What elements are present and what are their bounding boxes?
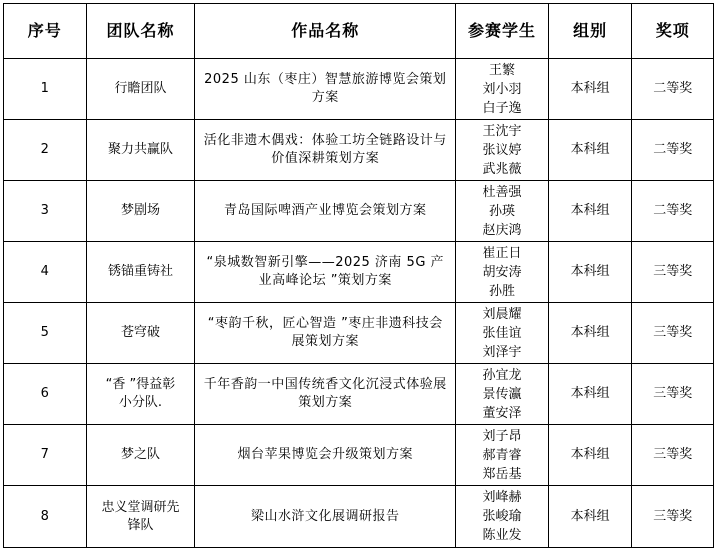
cell-students: 刘子昂 郝青睿 郑岳基 xyxy=(456,425,549,486)
header-students: 参赛学生 xyxy=(456,4,549,59)
table-row: 8 忠义堂调研先锋队 梁山水浒文化展调研报告 刘峰赫 张峻瑜 陈业发 本科组 三… xyxy=(4,486,714,548)
cell-group: 本科组 xyxy=(548,181,632,242)
cell-no: 2 xyxy=(4,120,87,181)
student-name: 陈业发 xyxy=(482,526,521,545)
student-name: 孙瑛 xyxy=(489,202,515,221)
cell-no: 1 xyxy=(4,59,87,120)
cell-no: 7 xyxy=(4,425,87,486)
cell-no: 6 xyxy=(4,364,87,425)
header-award: 奖项 xyxy=(632,4,714,59)
header-no: 序号 xyxy=(4,4,87,59)
student-name: 张峻瑜 xyxy=(482,507,521,526)
student-name: 赵庆鸿 xyxy=(482,221,521,240)
awards-table: 序号 团队名称 作品名称 参赛学生 组别 奖项 1 行瞻团队 2025 山东（枣… xyxy=(3,3,714,548)
cell-team: 锈锚重铸社 xyxy=(86,242,195,303)
student-name: 杜善强 xyxy=(482,183,521,202)
header-work: 作品名称 xyxy=(195,4,456,59)
header-team: 团队名称 xyxy=(86,4,195,59)
student-name: 郑岳基 xyxy=(482,465,521,484)
team-name: 行瞻团队 xyxy=(89,80,193,98)
table-row: 3 梦剧场 青岛国际啤酒产业博览会策划方案 杜善强 孙瑛 赵庆鸿 本科组 二等奖 xyxy=(4,181,714,242)
student-name: 郝青睿 xyxy=(482,446,521,465)
student-name: 张议婷 xyxy=(482,141,521,160)
work-title: 千年香韵一中国传统香文化沉浸式体验展策划方案 xyxy=(197,376,453,412)
cell-students: 孙宜龙 景传瀛 董安泽 xyxy=(456,364,549,425)
work-title: “枣韵千秋，匠心智造 ”枣庄非遗科技会展策划方案 xyxy=(197,315,453,351)
cell-no: 8 xyxy=(4,486,87,548)
cell-work: “泉城数智新引擎——2025 济南 5G 产业高峰论坛 ”策划方案 xyxy=(195,242,456,303)
cell-work: 青岛国际啤酒产业博览会策划方案 xyxy=(195,181,456,242)
student-name: 景传瀛 xyxy=(482,385,521,404)
cell-award: 三等奖 xyxy=(632,364,714,425)
cell-work: 2025 山东（枣庄）智慧旅游博览会策划方案 xyxy=(195,59,456,120)
work-title: 活化非遗木偶戏：体验工坊全链路设计与价值深耕策划方案 xyxy=(197,132,453,168)
cell-students: 王沈宇 张议婷 武兆薇 xyxy=(456,120,549,181)
cell-team: 行瞻团队 xyxy=(86,59,195,120)
cell-team: “香 ”得益彰小分队. xyxy=(86,364,195,425)
cell-work: 烟台苹果博览会升级策划方案 xyxy=(195,425,456,486)
cell-students: 崔正日 胡安涛 孙胜 xyxy=(456,242,549,303)
student-name: 董安泽 xyxy=(482,404,521,423)
team-name: 锈锚重铸社 xyxy=(89,263,193,281)
cell-award: 三等奖 xyxy=(632,242,714,303)
cell-students: 刘峰赫 张峻瑜 陈业发 xyxy=(456,486,549,548)
work-title: 梁山水浒文化展调研报告 xyxy=(197,508,453,526)
student-name: 孙宜龙 xyxy=(482,366,521,385)
work-title: “泉城数智新引擎——2025 济南 5G 产业高峰论坛 ”策划方案 xyxy=(197,254,453,290)
student-name: 王沈宇 xyxy=(482,122,521,141)
student-name: 白子逸 xyxy=(482,99,521,118)
cell-students: 刘晨耀 张佳谊 刘泽宇 xyxy=(456,303,549,364)
student-name: 刘子昂 xyxy=(482,427,521,446)
team-name: 梦剧场 xyxy=(89,202,193,220)
work-title: 2025 山东（枣庄）智慧旅游博览会策划方案 xyxy=(197,71,453,107)
cell-team: 聚力共赢队 xyxy=(86,120,195,181)
team-name: 梦之队 xyxy=(89,446,193,464)
student-name: 王繁 xyxy=(489,61,515,80)
cell-group: 本科组 xyxy=(548,486,632,548)
team-name: 聚力共赢队 xyxy=(89,141,193,159)
table-row: 4 锈锚重铸社 “泉城数智新引擎——2025 济南 5G 产业高峰论坛 ”策划方… xyxy=(4,242,714,303)
cell-no: 5 xyxy=(4,303,87,364)
cell-group: 本科组 xyxy=(548,120,632,181)
student-name: 孙胜 xyxy=(489,282,515,301)
header-group: 组别 xyxy=(548,4,632,59)
cell-award: 二等奖 xyxy=(632,181,714,242)
student-name: 崔正日 xyxy=(482,244,521,263)
cell-group: 本科组 xyxy=(548,425,632,486)
table-row: 2 聚力共赢队 活化非遗木偶戏：体验工坊全链路设计与价值深耕策划方案 王沈宇 张… xyxy=(4,120,714,181)
cell-award: 二等奖 xyxy=(632,120,714,181)
cell-group: 本科组 xyxy=(548,242,632,303)
cell-no: 3 xyxy=(4,181,87,242)
header-row: 序号 团队名称 作品名称 参赛学生 组别 奖项 xyxy=(4,4,714,59)
cell-team: 苍穹破 xyxy=(86,303,195,364)
cell-students: 杜善强 孙瑛 赵庆鸿 xyxy=(456,181,549,242)
cell-work: “枣韵千秋，匠心智造 ”枣庄非遗科技会展策划方案 xyxy=(195,303,456,364)
cell-group: 本科组 xyxy=(548,59,632,120)
table-row: 6 “香 ”得益彰小分队. 千年香韵一中国传统香文化沉浸式体验展策划方案 孙宜龙… xyxy=(4,364,714,425)
table-row: 5 苍穹破 “枣韵千秋，匠心智造 ”枣庄非遗科技会展策划方案 刘晨耀 张佳谊 刘… xyxy=(4,303,714,364)
cell-work: 千年香韵一中国传统香文化沉浸式体验展策划方案 xyxy=(195,364,456,425)
cell-no: 4 xyxy=(4,242,87,303)
team-name: 苍穹破 xyxy=(89,324,193,342)
student-name: 武兆薇 xyxy=(482,160,521,179)
team-name: 忠义堂调研先锋队 xyxy=(89,499,193,535)
work-title: 烟台苹果博览会升级策划方案 xyxy=(197,446,453,464)
table-row: 1 行瞻团队 2025 山东（枣庄）智慧旅游博览会策划方案 王繁 刘小羽 白子逸… xyxy=(4,59,714,120)
team-name: “香 ”得益彰小分队. xyxy=(89,376,193,412)
cell-team: 忠义堂调研先锋队 xyxy=(86,486,195,548)
student-name: 刘小羽 xyxy=(482,80,521,99)
cell-award: 三等奖 xyxy=(632,486,714,548)
cell-award: 二等奖 xyxy=(632,59,714,120)
cell-group: 本科组 xyxy=(548,303,632,364)
student-name: 张佳谊 xyxy=(482,324,521,343)
table-row: 7 梦之队 烟台苹果博览会升级策划方案 刘子昂 郝青睿 郑岳基 本科组 三等奖 xyxy=(4,425,714,486)
cell-work: 梁山水浒文化展调研报告 xyxy=(195,486,456,548)
cell-award: 三等奖 xyxy=(632,425,714,486)
student-name: 刘峰赫 xyxy=(482,488,521,507)
cell-team: 梦剧场 xyxy=(86,181,195,242)
student-name: 刘泽宇 xyxy=(482,343,521,362)
work-title: 青岛国际啤酒产业博览会策划方案 xyxy=(197,202,453,220)
student-name: 胡安涛 xyxy=(482,263,521,282)
student-name: 刘晨耀 xyxy=(482,305,521,324)
cell-students: 王繁 刘小羽 白子逸 xyxy=(456,59,549,120)
cell-award: 三等奖 xyxy=(632,303,714,364)
cell-group: 本科组 xyxy=(548,364,632,425)
cell-work: 活化非遗木偶戏：体验工坊全链路设计与价值深耕策划方案 xyxy=(195,120,456,181)
cell-team: 梦之队 xyxy=(86,425,195,486)
